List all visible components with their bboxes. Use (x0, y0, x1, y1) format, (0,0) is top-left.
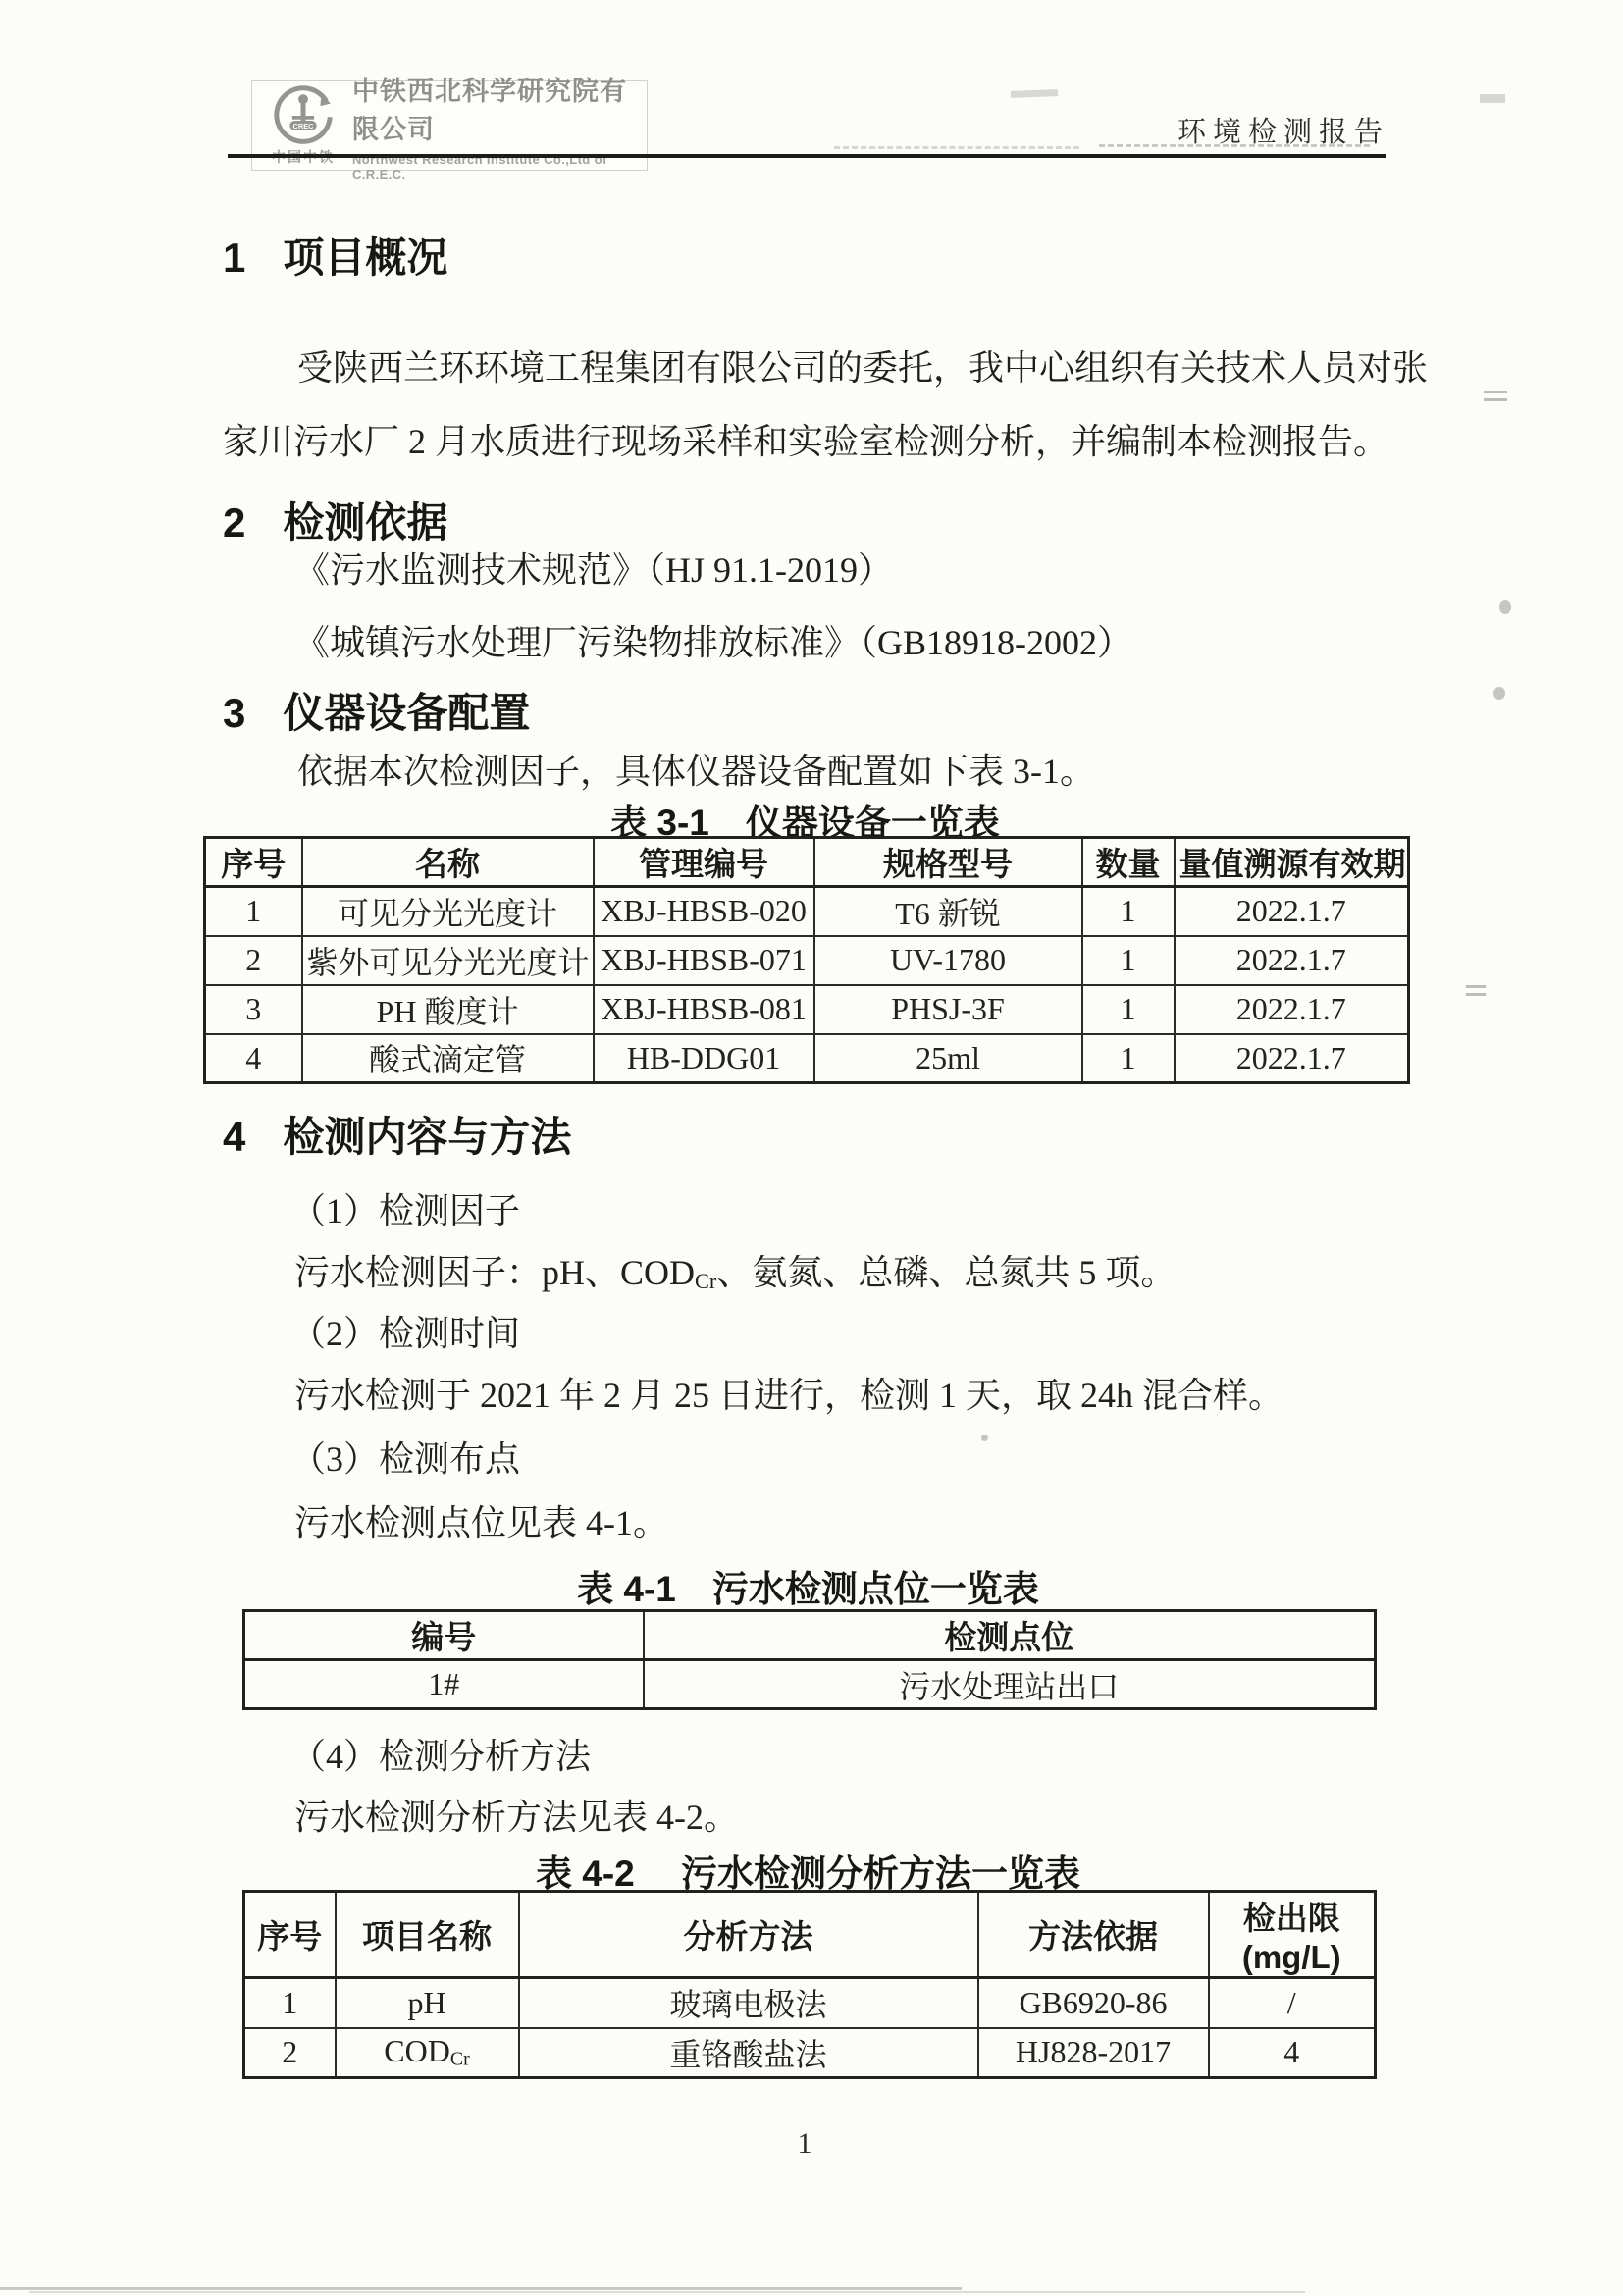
table-3-1-instruments: 序号 名称 管理编号 规格型号 数量 量值溯源有效期 1 可见分光光度计 XBJ… (203, 836, 1410, 1084)
section-2-heading: 2检测依据 (223, 491, 447, 549)
scan-artifact (1011, 89, 1058, 98)
section-title: 检测依据 (283, 499, 447, 546)
column-header: 分析方法 (519, 1892, 978, 1978)
column-header: 数量 (1082, 838, 1175, 887)
cell-limit: 4 (1209, 2028, 1376, 2078)
points-line: 污水检测点位见表 4-1。 (294, 1495, 668, 1545)
cell-name: 可见分光光度计 (302, 887, 594, 936)
scan-artifact (1466, 985, 1486, 996)
column-header: 项目名称 (336, 1892, 519, 1978)
cell-qty: 1 (1082, 1034, 1175, 1083)
table-4-1-title: 表 4-1 污水检测点位一览表 (242, 1559, 1374, 1612)
scan-artifact (981, 1435, 988, 1441)
list-item-3: （3）检测布点 (290, 1432, 520, 1482)
table-row: 2 CODCr 重铬酸盐法 HJ828-2017 4 (244, 2028, 1376, 2078)
crec-logo-icon: CREC (273, 85, 334, 146)
cell-mgmt-no: XBJ-HBSB-020 (594, 887, 814, 936)
column-header: 规格型号 (814, 838, 1082, 887)
cell-seq: 2 (244, 2028, 336, 2078)
table-4-2-title: 表 4-2 污水检测分析方法一览表 (242, 1844, 1374, 1897)
table-header-row: 序号 名称 管理编号 规格型号 数量 量值溯源有效期 (205, 838, 1409, 887)
company-name-cn: 中铁西北科学研究院有限公司 (352, 70, 647, 146)
cell-name: 紫外可见分光光度计 (302, 936, 594, 985)
list-item-1: （1）检测因子 (290, 1183, 520, 1233)
scan-edge-line (0, 2287, 962, 2290)
scan-artifact (1493, 687, 1505, 700)
scan-edge-line (29, 2291, 1305, 2293)
page-number: 1 (0, 2127, 1609, 2161)
column-header: 编号 (244, 1611, 644, 1660)
section-title: 项目概况 (283, 235, 447, 281)
time-line: 污水检测于 2021 年 2 月 25 日进行，检测 1 天，取 24h 混合样… (294, 1368, 1283, 1418)
column-header: 序号 (205, 838, 302, 887)
scan-artifact (1484, 391, 1507, 404)
cell-seq: 4 (205, 1034, 302, 1083)
section-number: 3 (223, 690, 245, 737)
column-header: 量值溯源有效期 (1175, 838, 1409, 887)
column-header: 方法依据 (978, 1892, 1209, 1978)
factors-line: 污水检测因子：pH、CODCr、氨氮、总磷、总氮共 5 项。 (294, 1245, 1176, 1295)
company-name-block: 中铁西北科学研究院有限公司 Northwest Research Institu… (348, 70, 647, 182)
cell-mgmt-no: XBJ-HBSB-081 (594, 985, 814, 1034)
table-row: 4 酸式滴定管 HB-DDG01 25ml 1 2022.1.7 (205, 1034, 1409, 1083)
cell-name: 酸式滴定管 (302, 1034, 594, 1083)
report-page: CREC 中国中铁 中铁西北科学研究院有限公司 Northwest Resear… (0, 0, 1623, 2296)
scan-artifact (1499, 600, 1511, 614)
table-header-row: 序号 项目名称 分析方法 方法依据 检出限 (mg/L) (244, 1892, 1376, 1978)
cell-point-location: 污水处理站出口 (644, 1660, 1376, 1709)
reference-line: 《城镇污水处理厂污染物排放标准》（GB18918-2002） (294, 615, 1132, 665)
cell-seq: 2 (205, 936, 302, 985)
column-header-detection-limit: 检出限 (mg/L) (1209, 1892, 1376, 1978)
methods-line: 污水检测分析方法见表 4-2。 (294, 1790, 739, 1840)
scan-artifact (834, 146, 1079, 149)
cell-limit: / (1209, 1978, 1376, 2028)
section-title: 检测内容与方法 (283, 1114, 571, 1160)
cell-seq: 1 (244, 1978, 336, 2028)
list-item-2: （2）检测时间 (290, 1306, 520, 1356)
cell-qty: 1 (1082, 887, 1175, 936)
section-3-heading: 3仪器设备配置 (223, 681, 530, 740)
table-header-row: 编号 检测点位 (244, 1611, 1376, 1660)
cell-method: 重铬酸盐法 (519, 2028, 978, 2078)
limit-header-line2: (mg/L) (1214, 1939, 1371, 1976)
cell-valid-date: 2022.1.7 (1175, 887, 1409, 936)
cell-model: PHSJ-3F (814, 985, 1082, 1034)
cell-qty: 1 (1082, 936, 1175, 985)
cell-mgmt-no: HB-DDG01 (594, 1034, 814, 1083)
cell-item: CODCr (336, 2028, 519, 2078)
cell-model: 25ml (814, 1034, 1082, 1083)
cell-seq: 1 (205, 887, 302, 936)
cell-model: UV-1780 (814, 936, 1082, 985)
table-4-2-methods: 序号 项目名称 分析方法 方法依据 检出限 (mg/L) 1 pH 玻璃电极法 … (242, 1890, 1377, 2079)
cell-model: T6 新锐 (814, 887, 1082, 936)
paragraph-line: 家川污水厂 2 月水质进行现场采样和实验室检测分析，并编制本检测报告。 (223, 414, 1388, 464)
cell-point-no: 1# (244, 1660, 644, 1709)
column-header: 序号 (244, 1892, 336, 1978)
logo-acronym-text: CREC (292, 122, 314, 130)
cell-valid-date: 2022.1.7 (1175, 1034, 1409, 1083)
section-number: 2 (223, 499, 245, 547)
section-number: 4 (223, 1114, 245, 1161)
cell-method: 玻璃电极法 (519, 1978, 978, 2028)
cell-standard: HJ828-2017 (978, 2028, 1209, 2078)
scan-artifact (1480, 94, 1505, 103)
cell-valid-date: 2022.1.7 (1175, 936, 1409, 985)
reference-line: 《污水监测技术规范》（HJ 91.1-2019） (294, 543, 893, 593)
table-row: 3 PH 酸度计 XBJ-HBSB-081 PHSJ-3F 1 2022.1.7 (205, 985, 1409, 1034)
cell-seq: 3 (205, 985, 302, 1034)
section-title: 仪器设备配置 (283, 690, 530, 736)
table-row: 1 可见分光光度计 XBJ-HBSB-020 T6 新锐 1 2022.1.7 (205, 887, 1409, 936)
column-header: 名称 (302, 838, 594, 887)
cell-name: PH 酸度计 (302, 985, 594, 1034)
scan-artifact (1099, 144, 1370, 147)
limit-header-line1: 检出限 (1214, 1893, 1371, 1939)
header-divider (228, 154, 1386, 158)
cell-valid-date: 2022.1.7 (1175, 985, 1409, 1034)
cell-item: pH (336, 1978, 519, 2028)
table-row: 2 紫外可见分光光度计 XBJ-HBSB-071 UV-1780 1 2022.… (205, 936, 1409, 985)
list-item-4: （4）检测分析方法 (290, 1729, 591, 1779)
table-row: 1# 污水处理站出口 (244, 1660, 1376, 1709)
column-header: 检测点位 (644, 1611, 1376, 1660)
section-4-heading: 4检测内容与方法 (223, 1105, 571, 1164)
table-row: 1 pH 玻璃电极法 GB6920-86 / (244, 1978, 1376, 2028)
section-number: 1 (223, 235, 245, 282)
cell-qty: 1 (1082, 985, 1175, 1034)
column-header: 管理编号 (594, 838, 814, 887)
cell-mgmt-no: XBJ-HBSB-071 (594, 936, 814, 985)
table-4-1-points: 编号 检测点位 1# 污水处理站出口 (242, 1609, 1377, 1710)
section-1-heading: 1项目概况 (223, 226, 447, 285)
section-intro-line: 依据本次检测因子，具体仪器设备配置如下表 3-1。 (297, 744, 1095, 794)
paragraph-line: 受陕西兰环环境工程集团有限公司的委托，我中心组织有关技术人员对张 (297, 340, 1428, 391)
cell-standard: GB6920-86 (978, 1978, 1209, 2028)
